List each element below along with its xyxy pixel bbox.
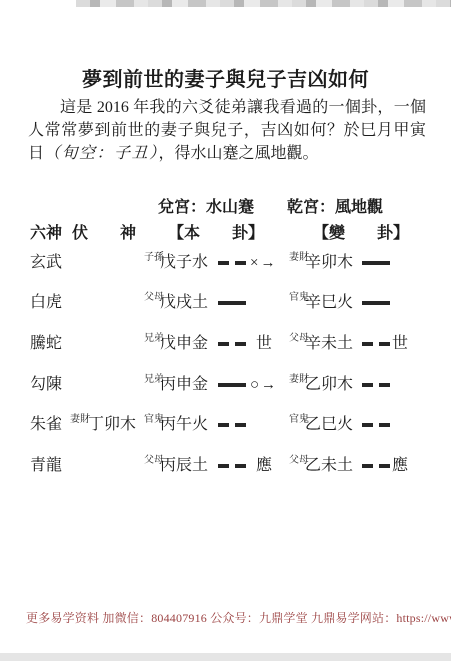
changed-ganzhi: 辛巳火 (305, 292, 353, 314)
changed-yao-line (362, 342, 390, 346)
changed-shi-ying-marker: 應 (392, 455, 408, 477)
liushen-label: 青龍 (30, 455, 62, 477)
moving-line-symbol: ○→ (250, 374, 278, 396)
liushen-label: 白虎 (30, 292, 62, 314)
changed-relation-label: 官鬼 (289, 415, 301, 425)
liushen-label: 玄武 (30, 252, 62, 274)
intro-paragraph: 這是 2016 年我的六爻徒弟讓我看過的一個卦，一個人常常夢到前世的妻子與兒子，… (28, 96, 426, 165)
main-ganzhi: 戊申金 (160, 333, 208, 355)
main-yao-line (218, 261, 246, 265)
changed-ganzhi: 辛卯木 (305, 252, 353, 274)
shi-ying-marker: 世 (256, 333, 272, 355)
intro-text-after: ，得水山蹇之風地觀。 (159, 145, 319, 162)
scan-artifact-band (76, 0, 451, 7)
changed-yao-line (362, 423, 390, 427)
changed-palace-title: 乾宮：風地觀 (287, 194, 383, 217)
changed-ganzhi: 乙卯木 (305, 374, 353, 396)
main-yao-line (218, 383, 246, 387)
main-relation-label: 兄弟 (144, 375, 156, 385)
changed-relation-label: 妻財 (289, 375, 301, 385)
header-liushen: 六神 (30, 220, 62, 243)
main-yao-line (218, 464, 246, 468)
changed-relation-label: 官鬼 (289, 293, 301, 303)
hexagram-row: 青龍 父母 丙辰土 應 父母 乙未土 應 (28, 455, 446, 477)
hexagram-row: 騰蛇 兄弟 戊申金 世 父母 辛未土 世 (28, 333, 446, 355)
main-ganzhi: 丙午火 (160, 414, 208, 436)
main-ganzhi: 丙申金 (160, 374, 208, 396)
hexagram-row: 白虎 父母 戊戌土 官鬼 辛巳火 (28, 292, 446, 314)
main-ganzhi: 戊子水 (160, 252, 208, 274)
main-relation-label: 子孫 (144, 253, 156, 263)
changed-ganzhi: 辛未土 (305, 333, 353, 355)
xunkong-note: （旬空：子丑） (44, 145, 159, 162)
changed-ganzhi: 乙未土 (305, 455, 353, 477)
main-relation-label: 官鬼 (144, 415, 156, 425)
main-relation-label: 父母 (144, 293, 156, 303)
liushen-label: 勾陳 (30, 374, 62, 396)
document-page: 夢到前世的妻子與兒子吉凶如何 這是 2016 年我的六爻徒弟讓我看過的一個卦，一… (0, 0, 451, 661)
header-changed-gua: 【變 卦】 (313, 220, 409, 243)
changed-yao-line (362, 383, 390, 387)
fushen-relation-label: 妻財 (70, 415, 82, 425)
hexagram-row: 玄武 子孫 戊子水 ×→ 妻財 辛卯木 (28, 252, 446, 274)
main-relation-label: 兄弟 (144, 334, 156, 344)
changed-yao-line (362, 261, 390, 265)
fushen-ganzhi: 丁卯木 (88, 414, 136, 436)
liushen-label: 騰蛇 (30, 333, 62, 355)
changed-yao-line (362, 301, 390, 305)
hexagram-row: 朱雀 妻財 丁卯木 官鬼 丙午火 官鬼 乙巳火 (28, 414, 446, 436)
main-relation-label: 父母 (144, 456, 156, 466)
main-ganzhi: 丙辰土 (160, 455, 208, 477)
changed-shi-ying-marker: 世 (392, 333, 408, 355)
changed-relation-label: 妻財 (289, 253, 301, 263)
moving-line-symbol: ×→ (250, 252, 277, 274)
changed-relation-label: 父母 (289, 456, 301, 466)
header-main-gua: 【本 卦】 (168, 220, 264, 243)
page-title: 夢到前世的妻子與兒子吉凶如何 (0, 63, 451, 92)
main-palace-title: 兌宮：水山蹇 (158, 194, 254, 217)
shi-ying-marker: 應 (256, 455, 272, 477)
main-yao-line (218, 342, 246, 346)
liushen-label: 朱雀 (30, 414, 62, 436)
main-ganzhi: 戊戌土 (160, 292, 208, 314)
changed-relation-label: 父母 (289, 334, 301, 344)
header-fushen: 伏 神 (72, 220, 136, 243)
hexagram-table: 兌宮：水山蹇 乾宮：風地觀 六神 伏 神 【本 卦】 【變 卦】 玄武 子孫 戊… (28, 194, 446, 490)
changed-ganzhi: 乙巳火 (305, 414, 353, 436)
main-yao-line (218, 423, 246, 427)
hexagram-row: 勾陳 兄弟 丙申金 ○→ 妻財 乙卯木 (28, 374, 446, 396)
page-edge-band (0, 653, 451, 661)
footer-promo-text: 更多易学资料 加微信：804407916 公众号：九鼎学堂 九鼎易学网站：htt… (26, 609, 436, 626)
main-yao-line (218, 301, 246, 305)
changed-yao-line (362, 464, 390, 468)
